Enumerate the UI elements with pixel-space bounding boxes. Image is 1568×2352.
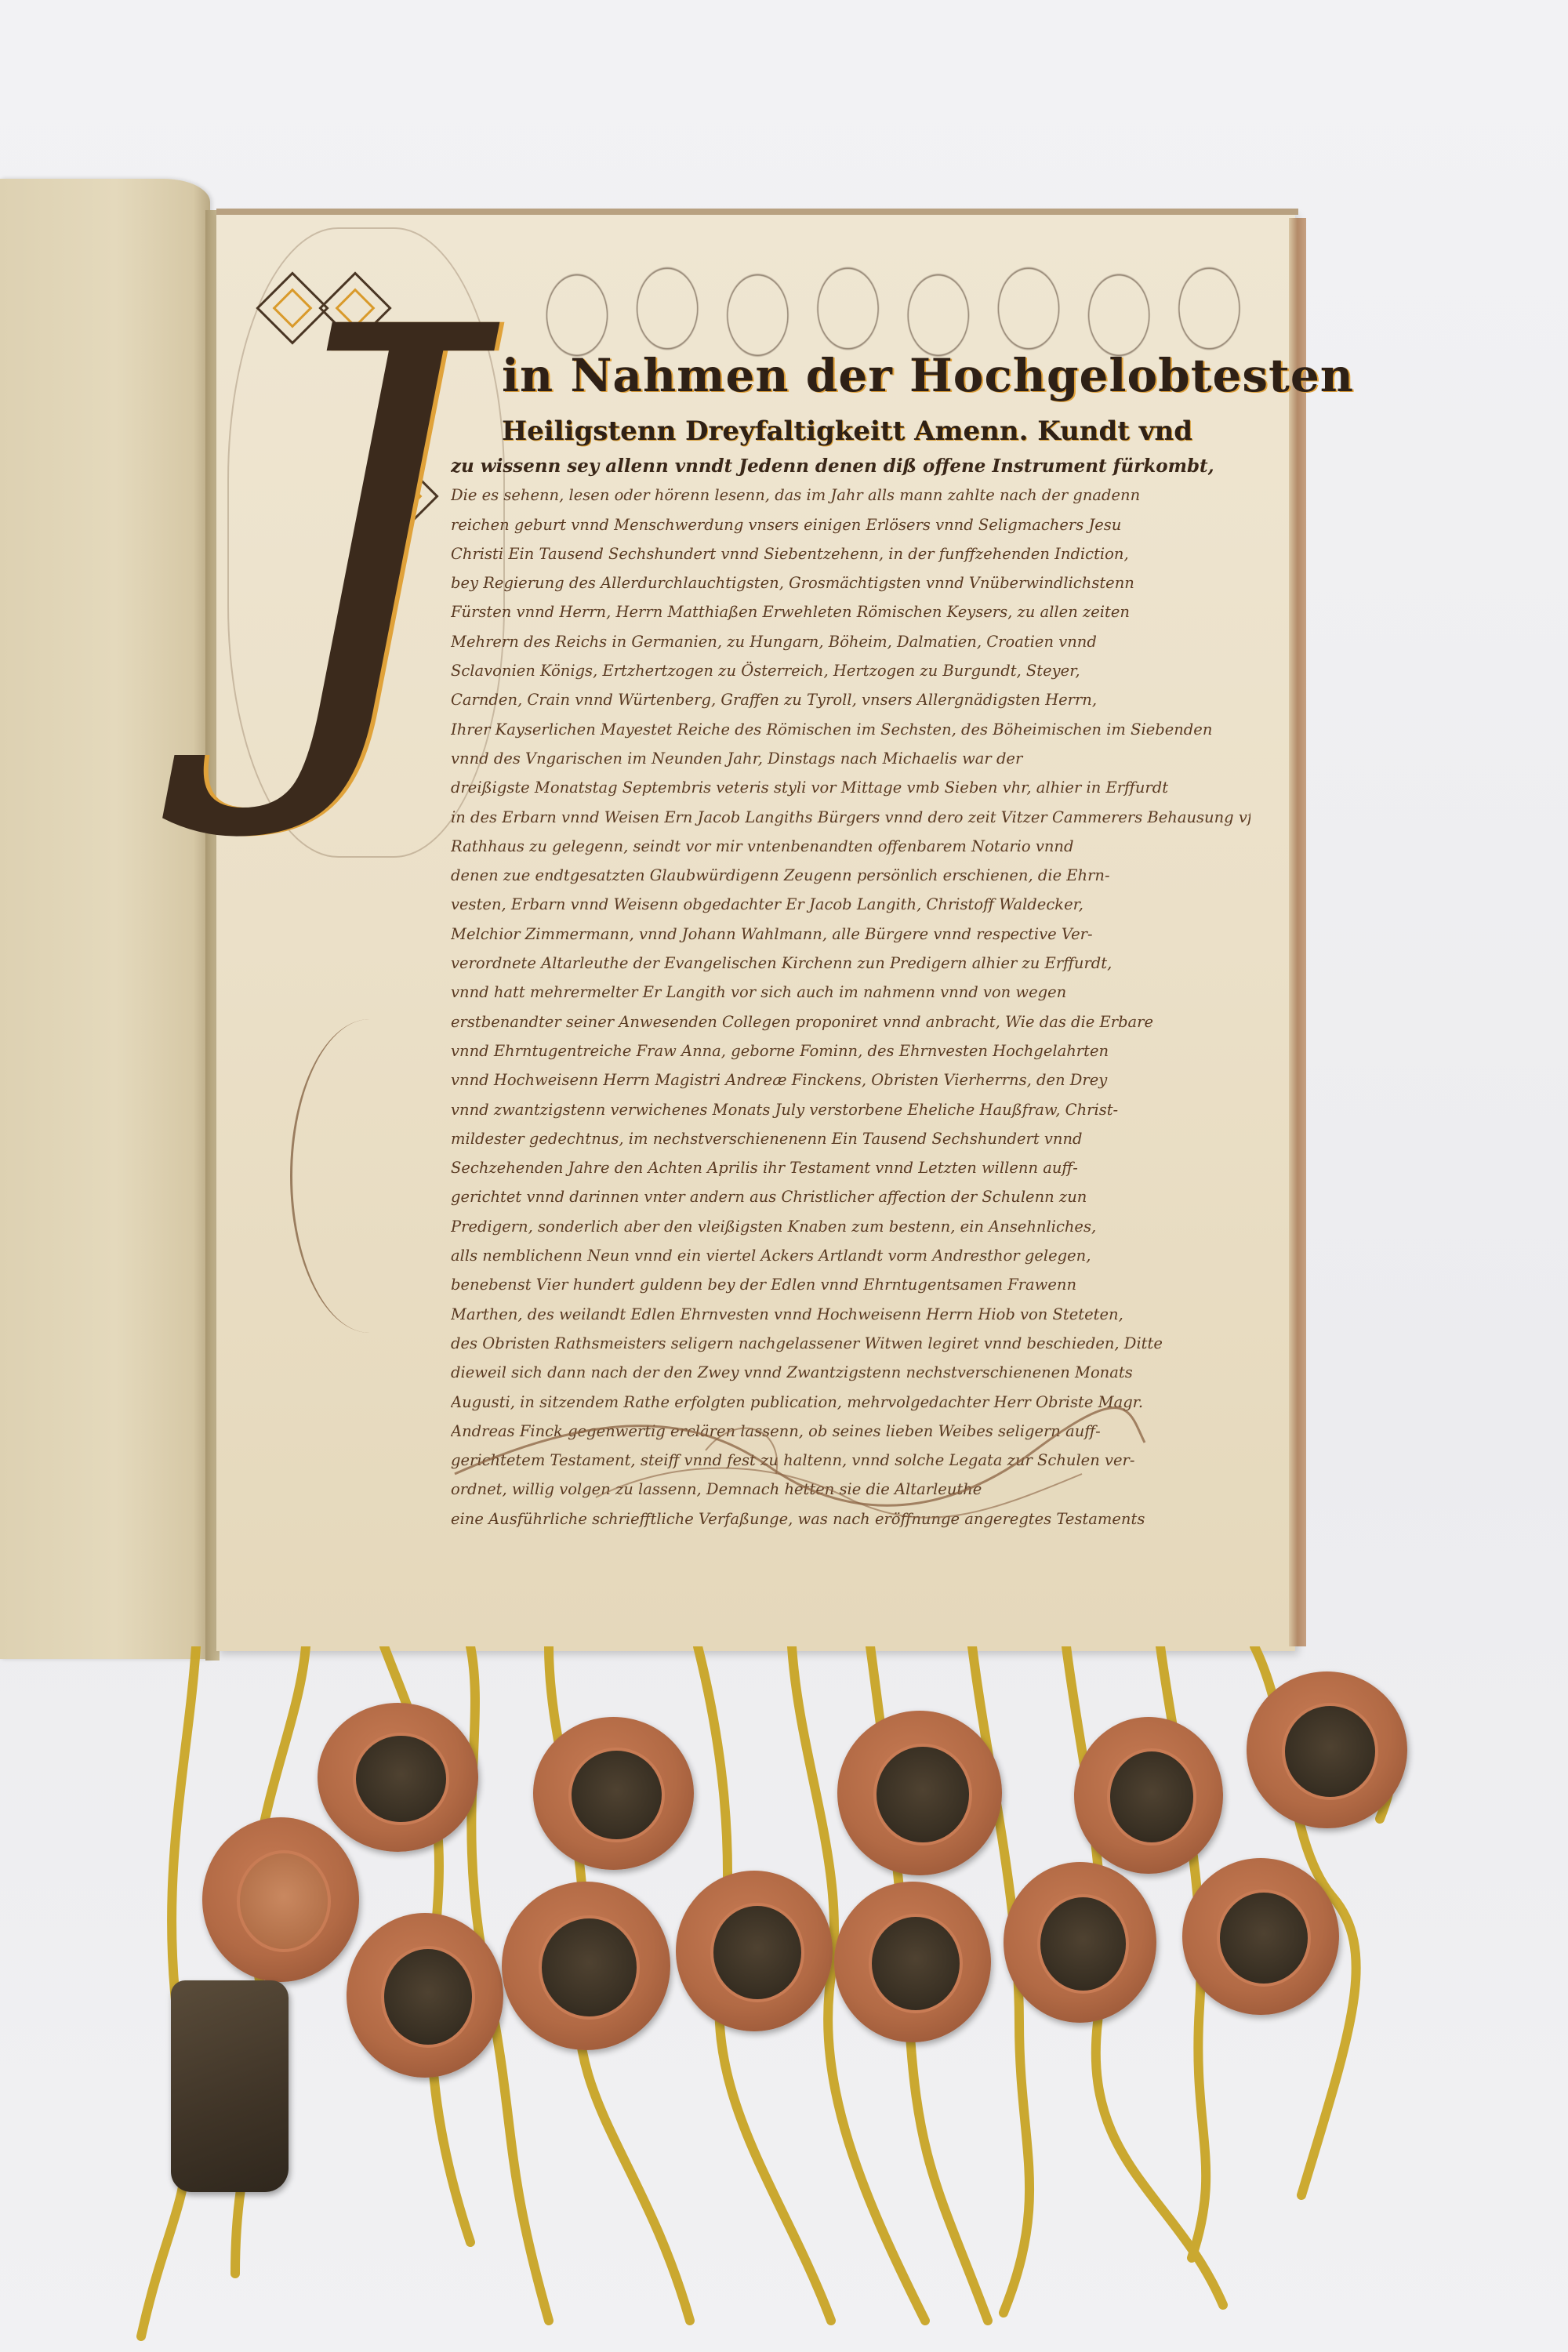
body-line: Ihrer Kayserlichen Mayestet Reiche des R…: [451, 715, 1250, 744]
body-line: in des Erbarn vnnd Weisen Ern Jacob Lang…: [451, 803, 1250, 832]
body-line: dreißigste Monatstag Septembris veteris …: [451, 773, 1250, 802]
body-line: reichen geburt vnnd Menschwerdung vnsers…: [451, 510, 1250, 539]
body-line: mildester gedechtnus, im nechstverschien…: [451, 1124, 1250, 1153]
loose-wax-seal: [171, 1980, 289, 2192]
body-line: des Obristen Rathsmeisters seligern nach…: [451, 1329, 1250, 1358]
body-line: vesten, Erbarn vnnd Weisenn obgedachter …: [451, 890, 1250, 919]
body-line: Carnden, Crain vnnd Würtenberg, Graffen …: [451, 685, 1250, 714]
body-line: Melchior Zimmermann, vnnd Johann Wahlman…: [451, 920, 1250, 949]
manuscript-body: zu wissenn sey allenn vnndt Jedenn denen…: [451, 452, 1250, 1534]
body-line: Die es sehenn, lesen oder hörenn lesenn,…: [451, 481, 1250, 510]
wax-seal-capsule: [1247, 1671, 1407, 1828]
wax-seal-capsule: [533, 1717, 694, 1870]
body-line: vnnd hatt mehrermelter Er Langith vor si…: [451, 978, 1250, 1007]
body-line: bey Regierung des Allerdurchlauchtigsten…: [451, 568, 1250, 597]
wax-seal-capsule: [1074, 1717, 1223, 1874]
left-page-blank: [0, 179, 210, 1659]
margin-flourish: [290, 1019, 449, 1333]
body-line: Sechzehenden Jahre den Achten Aprilis ih…: [451, 1153, 1250, 1182]
wax-seal-capsule-empty: [202, 1817, 359, 1982]
wax-seal-capsule: [347, 1913, 503, 2078]
body-line: erstbenandter seiner Anwesenden Collegen…: [451, 1007, 1250, 1036]
body-line: vnnd Ehrntugentreiche Fraw Anna, geborne…: [451, 1036, 1250, 1065]
body-line: vnnd Hochweisenn Herrn Magistri Andreæ F…: [451, 1065, 1250, 1094]
body-line: alls nemblichenn Neun vnnd ein viertel A…: [451, 1241, 1250, 1270]
body-line: Predigern, sonderlich aber den vleißigst…: [451, 1212, 1250, 1241]
body-line: Sclavonien Königs, Ertzhertzogen zu Öste…: [451, 656, 1250, 685]
body-line: gerichtet vnnd darinnen vnter andern aus…: [451, 1182, 1250, 1211]
wax-seal-capsule: [676, 1871, 833, 2031]
wax-seal-capsule: [834, 1882, 991, 2042]
wax-seal-capsule: [318, 1703, 478, 1852]
body-line: verordnete Altarleuthe der Evangelischen…: [451, 949, 1250, 978]
body-line: benebenst Vier hundert guldenn bey der E…: [451, 1270, 1250, 1299]
body-line: Rathhaus zu gelegenn, seindt vor mir vnt…: [451, 832, 1250, 861]
body-line: Christi Ein Tausend Sechshundert vnnd Si…: [451, 539, 1250, 568]
body-line: vnnd des Vngarischen im Neunden Jahr, Di…: [451, 744, 1250, 773]
body-line: Marthen, des weilandt Edlen Ehrnvesten v…: [451, 1300, 1250, 1329]
wax-seal-capsule: [1004, 1862, 1156, 2023]
page-fore-edge: [1289, 218, 1306, 1646]
body-line: Mehrern des Reichs in Germanien, zu Hung…: [451, 627, 1250, 656]
document-title: in Nahmen der Hochgelobtesten: [502, 349, 1270, 402]
body-line: denen zue endtgesatzten Glaubwürdigenn Z…: [451, 861, 1250, 890]
closing-pen-flourish: [439, 1380, 1160, 1529]
document-subtitle: Heiligstenn Dreyfaltigkeitt Amenn. Kundt…: [502, 416, 1270, 447]
body-line: vnnd zwantzigstenn verwichenes Monats Ju…: [451, 1095, 1250, 1124]
body-line: zu wissenn sey allenn vnndt Jedenn denen…: [451, 452, 1250, 481]
body-line: Fürsten vnnd Herrn, Herrn Matthiaßen Erw…: [451, 597, 1250, 626]
wax-seal-capsule: [502, 1882, 670, 2050]
wax-seal-capsule: [1182, 1858, 1339, 2015]
wax-seal-capsule: [837, 1711, 1002, 1875]
